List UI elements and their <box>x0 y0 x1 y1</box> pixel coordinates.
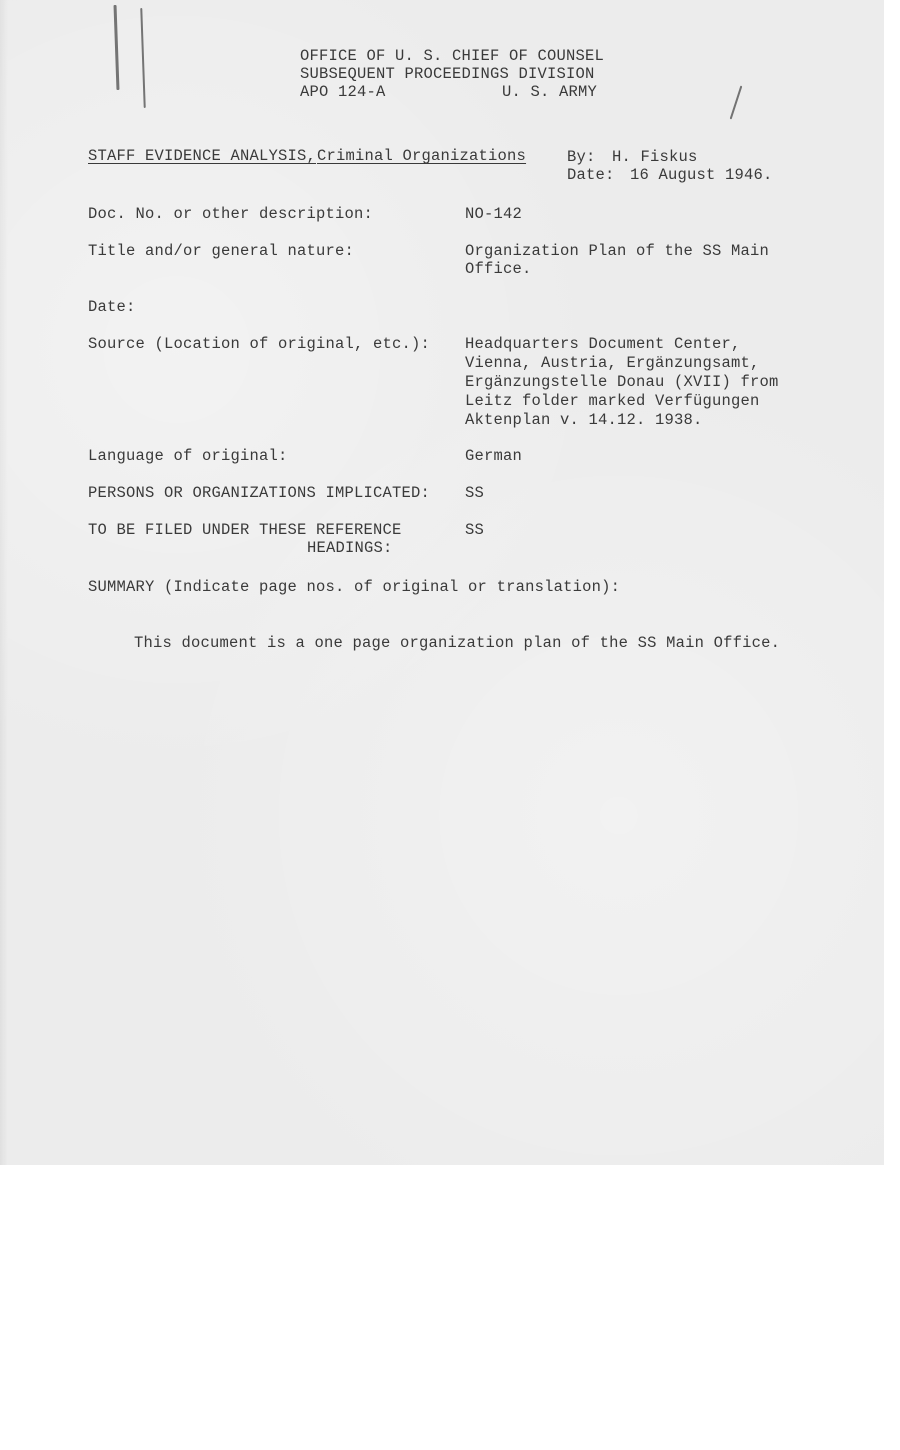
by-value: H. Fiskus <box>612 149 698 165</box>
punch-mark-left-1 <box>114 5 120 90</box>
field-reference-label-2: HEADINGS: <box>307 540 393 556</box>
field-implicated-label: PERSONS OR ORGANIZATIONS IMPLICATED: <box>88 485 430 501</box>
analysis-title: STAFF EVIDENCE ANALYSIS, <box>88 148 316 164</box>
header-office: OFFICE OF U. S. CHIEF OF COUNSEL <box>300 48 604 64</box>
analysis-subtitle: Criminal Organizations <box>317 148 526 164</box>
field-doc-no-value: NO-142 <box>465 206 522 222</box>
field-reference-label-1: TO BE FILED UNDER THESE REFERENCE <box>88 522 402 538</box>
field-source-value-3: Ergänzungstelle Donau (XVII) from <box>465 374 779 390</box>
by-label: By: <box>567 149 596 165</box>
field-source-value-4: Leitz folder marked Verfügungen <box>465 393 760 409</box>
punch-mark-left-2 <box>140 8 145 108</box>
field-language-label: Language of original: <box>88 448 288 464</box>
date-value: 16 August 1946. <box>630 167 773 183</box>
field-implicated-value: SS <box>465 485 484 501</box>
summary-label: SUMMARY (Indicate page nos. of original … <box>88 579 620 595</box>
document-page: OFFICE OF U. S. CHIEF OF COUNSEL SUBSEQU… <box>0 0 884 1165</box>
header-division: SUBSEQUENT PROCEEDINGS DIVISION <box>300 66 595 82</box>
field-title-value-1: Organization Plan of the SS Main <box>465 243 769 259</box>
field-language-value: German <box>465 448 522 464</box>
field-source-value-5: Aktenplan v. 14.12. 1938. <box>465 412 703 428</box>
field-source-value-1: Headquarters Document Center, <box>465 336 741 352</box>
header-army: U. S. ARMY <box>502 84 597 100</box>
field-title-value-2: Office. <box>465 261 532 277</box>
field-source-label: Source (Location of original, etc.): <box>88 336 430 352</box>
field-date-label: Date: <box>88 299 136 315</box>
date-label: Date: <box>567 167 615 183</box>
field-reference-value: SS <box>465 522 484 538</box>
header-apo: APO 124-A <box>300 84 386 100</box>
field-doc-no-label: Doc. No. or other description: <box>88 206 373 222</box>
field-source-value-2: Vienna, Austria, Ergänzungsamt, <box>465 355 760 371</box>
field-title-label: Title and/or general nature: <box>88 243 354 259</box>
summary-text: This document is a one page organization… <box>134 635 780 651</box>
pen-mark-right <box>730 86 743 120</box>
